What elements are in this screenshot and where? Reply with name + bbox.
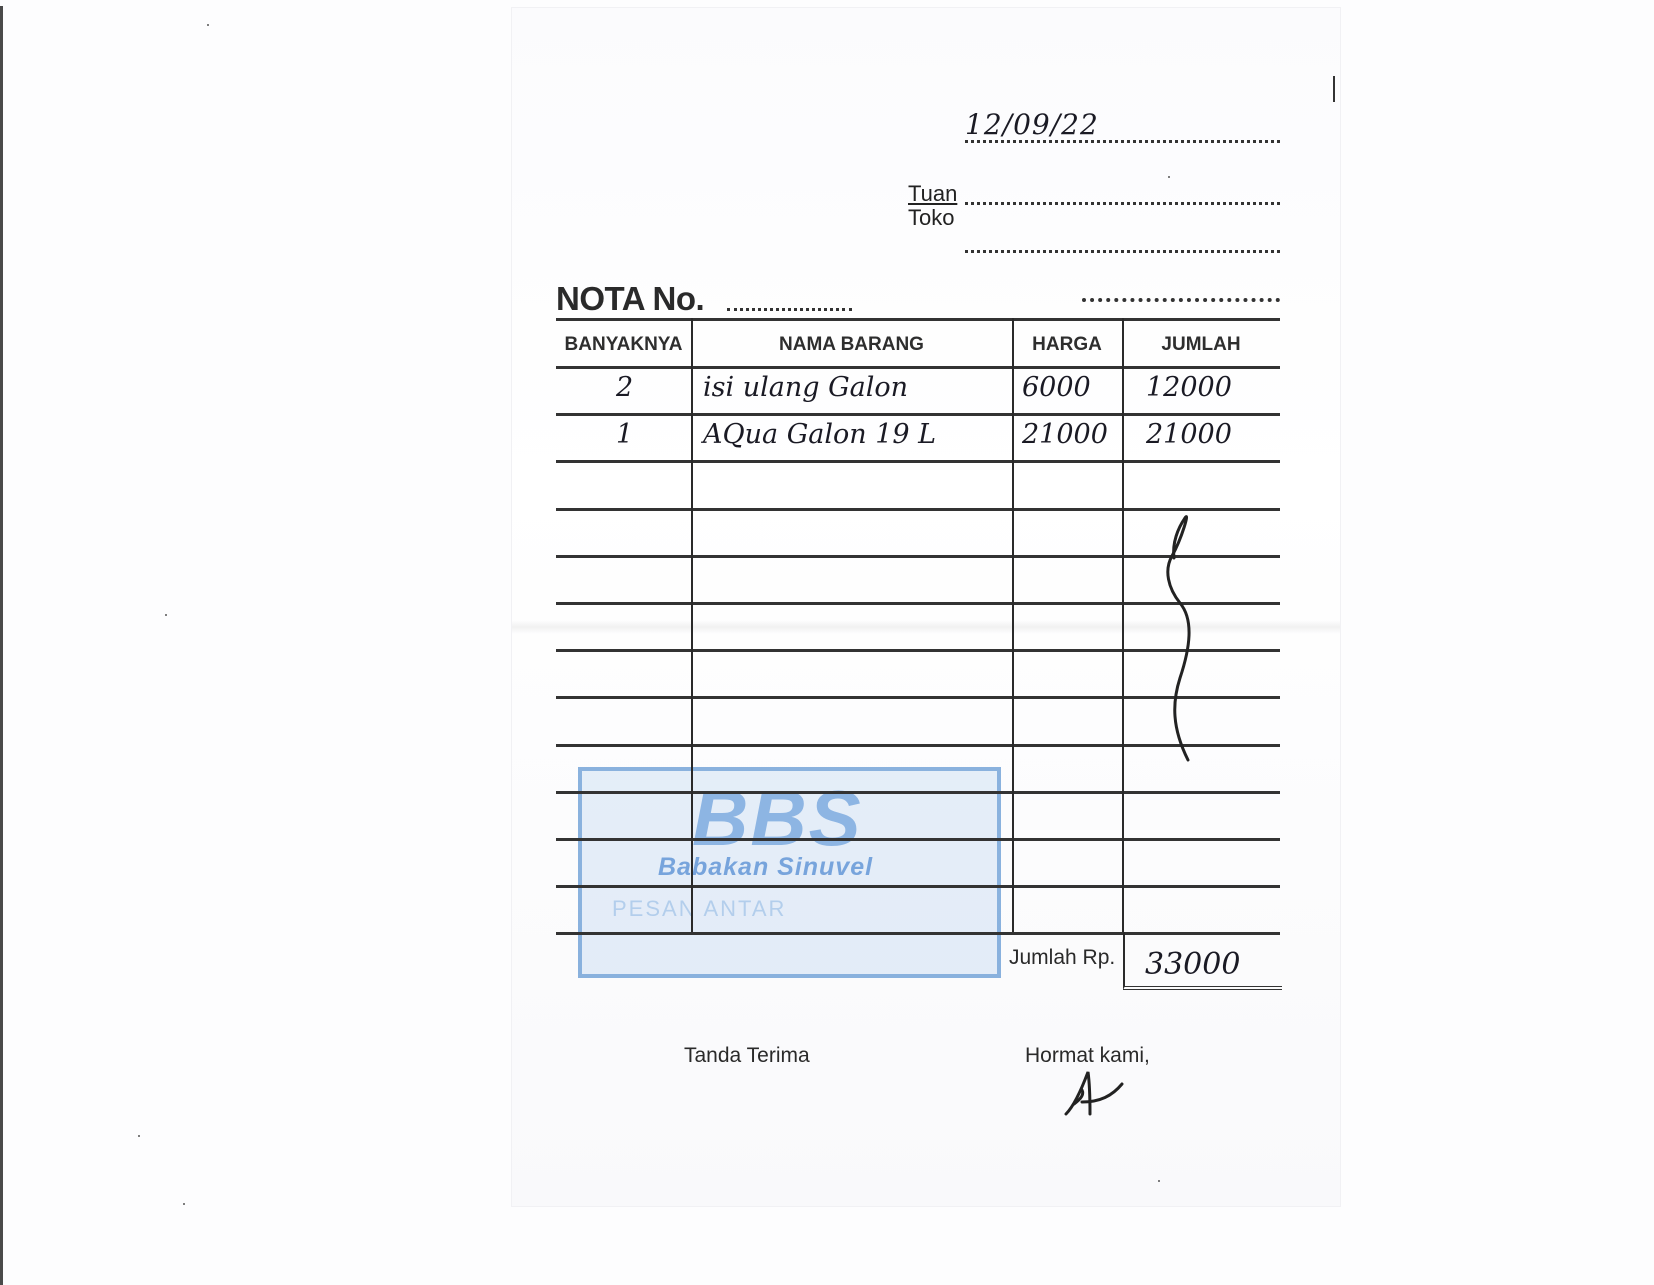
table-top-border — [556, 318, 1280, 321]
signature-icon — [1060, 1068, 1130, 1118]
column-header-price: HARGA — [1012, 334, 1122, 356]
cell-price: 6000 — [1022, 372, 1091, 403]
cell-amount: 21000 — [1146, 419, 1232, 450]
row-line — [556, 413, 1280, 416]
row-line — [556, 838, 1280, 841]
column-header-amount: JUMLAH — [1122, 334, 1280, 356]
cell-item: AQua Galon 19 L — [703, 419, 936, 450]
regards-label: Hormat kami, — [1025, 1044, 1150, 1068]
speck — [1158, 1180, 1160, 1182]
speck — [165, 614, 167, 616]
tuan-label: Tuan — [908, 182, 957, 206]
nota-title: NOTA No. — [556, 280, 704, 318]
stamp-subtitle: PESAN ANTAR — [612, 896, 786, 922]
received-label: Tanda Terima — [684, 1044, 810, 1068]
nota-number-line — [727, 308, 852, 311]
cell-qty: 2 — [616, 372, 633, 403]
tuan-toko-label: Tuan Toko — [908, 182, 957, 230]
speck — [138, 1135, 140, 1137]
row-line — [556, 460, 1280, 463]
total-value: 33000 — [1145, 947, 1240, 982]
cell-item: isi ulang Galon — [703, 372, 908, 403]
row-line — [556, 791, 1280, 794]
company-stamp: BBS Babakan Sinuvel PESAN ANTAR — [578, 767, 1001, 978]
cell-qty: 1 — [616, 419, 633, 450]
speck — [207, 24, 209, 26]
column-header-qty: BANYAKNYA — [556, 334, 691, 356]
date-line — [965, 140, 1280, 143]
scan-edge — [0, 6, 3, 1285]
column-divider — [1122, 318, 1124, 932]
stamp-logo: BBS — [692, 773, 863, 864]
toko-label: Toko — [908, 205, 954, 230]
speck — [183, 1203, 185, 1205]
strike-squiggle-icon — [1150, 508, 1210, 768]
cell-price: 21000 — [1022, 419, 1108, 450]
cell-amount: 12000 — [1146, 372, 1232, 403]
nota-right-line — [1082, 298, 1280, 302]
row-line — [556, 885, 1280, 888]
date-value: 12/09/22 — [965, 108, 1099, 141]
toko-field-line — [965, 250, 1280, 253]
column-divider — [1012, 318, 1014, 932]
total-label: Jumlah Rp. — [1009, 946, 1115, 970]
tuan-field-line — [965, 202, 1280, 205]
speck — [1168, 176, 1170, 178]
column-divider — [691, 318, 693, 932]
header-divider — [556, 366, 1280, 369]
paper-fold — [512, 620, 1340, 634]
scan-mark — [1333, 76, 1335, 102]
column-header-item: NAMA BARANG — [691, 334, 1012, 356]
